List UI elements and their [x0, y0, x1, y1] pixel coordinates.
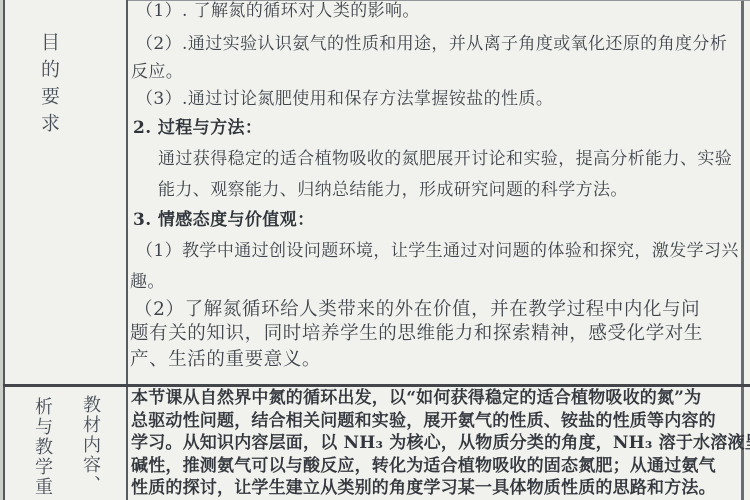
- analysis-line: 本节课从自然界中氮的循环出发，以“如何获得稳定的适合植物吸收的氮”为: [131, 389, 701, 409]
- objective-line: 通过获得稳定的适合植物吸收的氮肥展开讨论和实验，提高分析能力、实验: [158, 150, 732, 170]
- analysis-line: 碱性，推测氨气可以与酸反应，转化为适合植物吸收的固态氮肥；从通过氨气: [131, 457, 716, 477]
- objective-line: 趣。: [130, 273, 165, 293]
- objective-line: 题有关的知识，同时培养学生的思维能力和探索精神，感受化学对生: [130, 323, 703, 344]
- table-row-divider: [3, 384, 750, 387]
- row-header-objectives: 目的要求: [36, 32, 63, 140]
- objective-line: 能力、观察能力、归纳总结能力，形成研究问题的科学方法。: [158, 181, 628, 201]
- analysis-line: 性质的探讨，让学生建立从类别的角度学习某一具体物质性质的思路和方法。: [131, 479, 716, 499]
- analysis-line: 总驱动性问题，结合相关问题和实验，展开氨气的性质、铵盐的性质等内容的: [131, 412, 716, 432]
- analysis-line: 学习。从知识内容层面，以 NH₃ 为核心，从物质分类的角度，NH₃ 溶于水溶液呈: [131, 434, 750, 454]
- lesson-plan-table-page: 目的要求 （1）. 了解氮的循环对人类的影响。 （2）.通过实验认识氨气的性质和…: [0, 0, 750, 500]
- objective-line: （2）.通过实验认识氨气的性质和用途，并从离子角度或氧化还原的角度分析: [136, 35, 727, 55]
- row-header-material-content: 教材内容、: [77, 395, 103, 495]
- objective-line: （1）. 了解氮的循环对人类的影响。: [136, 2, 420, 22]
- row-header-analysis-teaching: 析与教学重: [29, 397, 55, 497]
- objective-line: （3）.通过讨论氮肥使用和保存方法掌握铵盐的性质。: [136, 90, 553, 110]
- objective-line: 产、生活的重要意义。: [130, 349, 321, 370]
- section-heading-process-method: 2. 过程与方法：: [133, 119, 262, 139]
- objective-line: （1）教学中通过创设问题环境，让学生通过对问题的体验和探究，激发学习兴: [136, 242, 739, 262]
- objective-line: （2）了解氮循环给人类带来的外在价值，并在教学过程中内化与问: [134, 299, 700, 320]
- table-outer-left-border: [3, 0, 5, 500]
- section-heading-affect-values: 3. 情感态度与价值观：: [133, 211, 314, 231]
- table-outer-right-border: [741, 0, 744, 500]
- objective-line: 反应。: [131, 63, 183, 83]
- table-column-divider: [126, 0, 128, 500]
